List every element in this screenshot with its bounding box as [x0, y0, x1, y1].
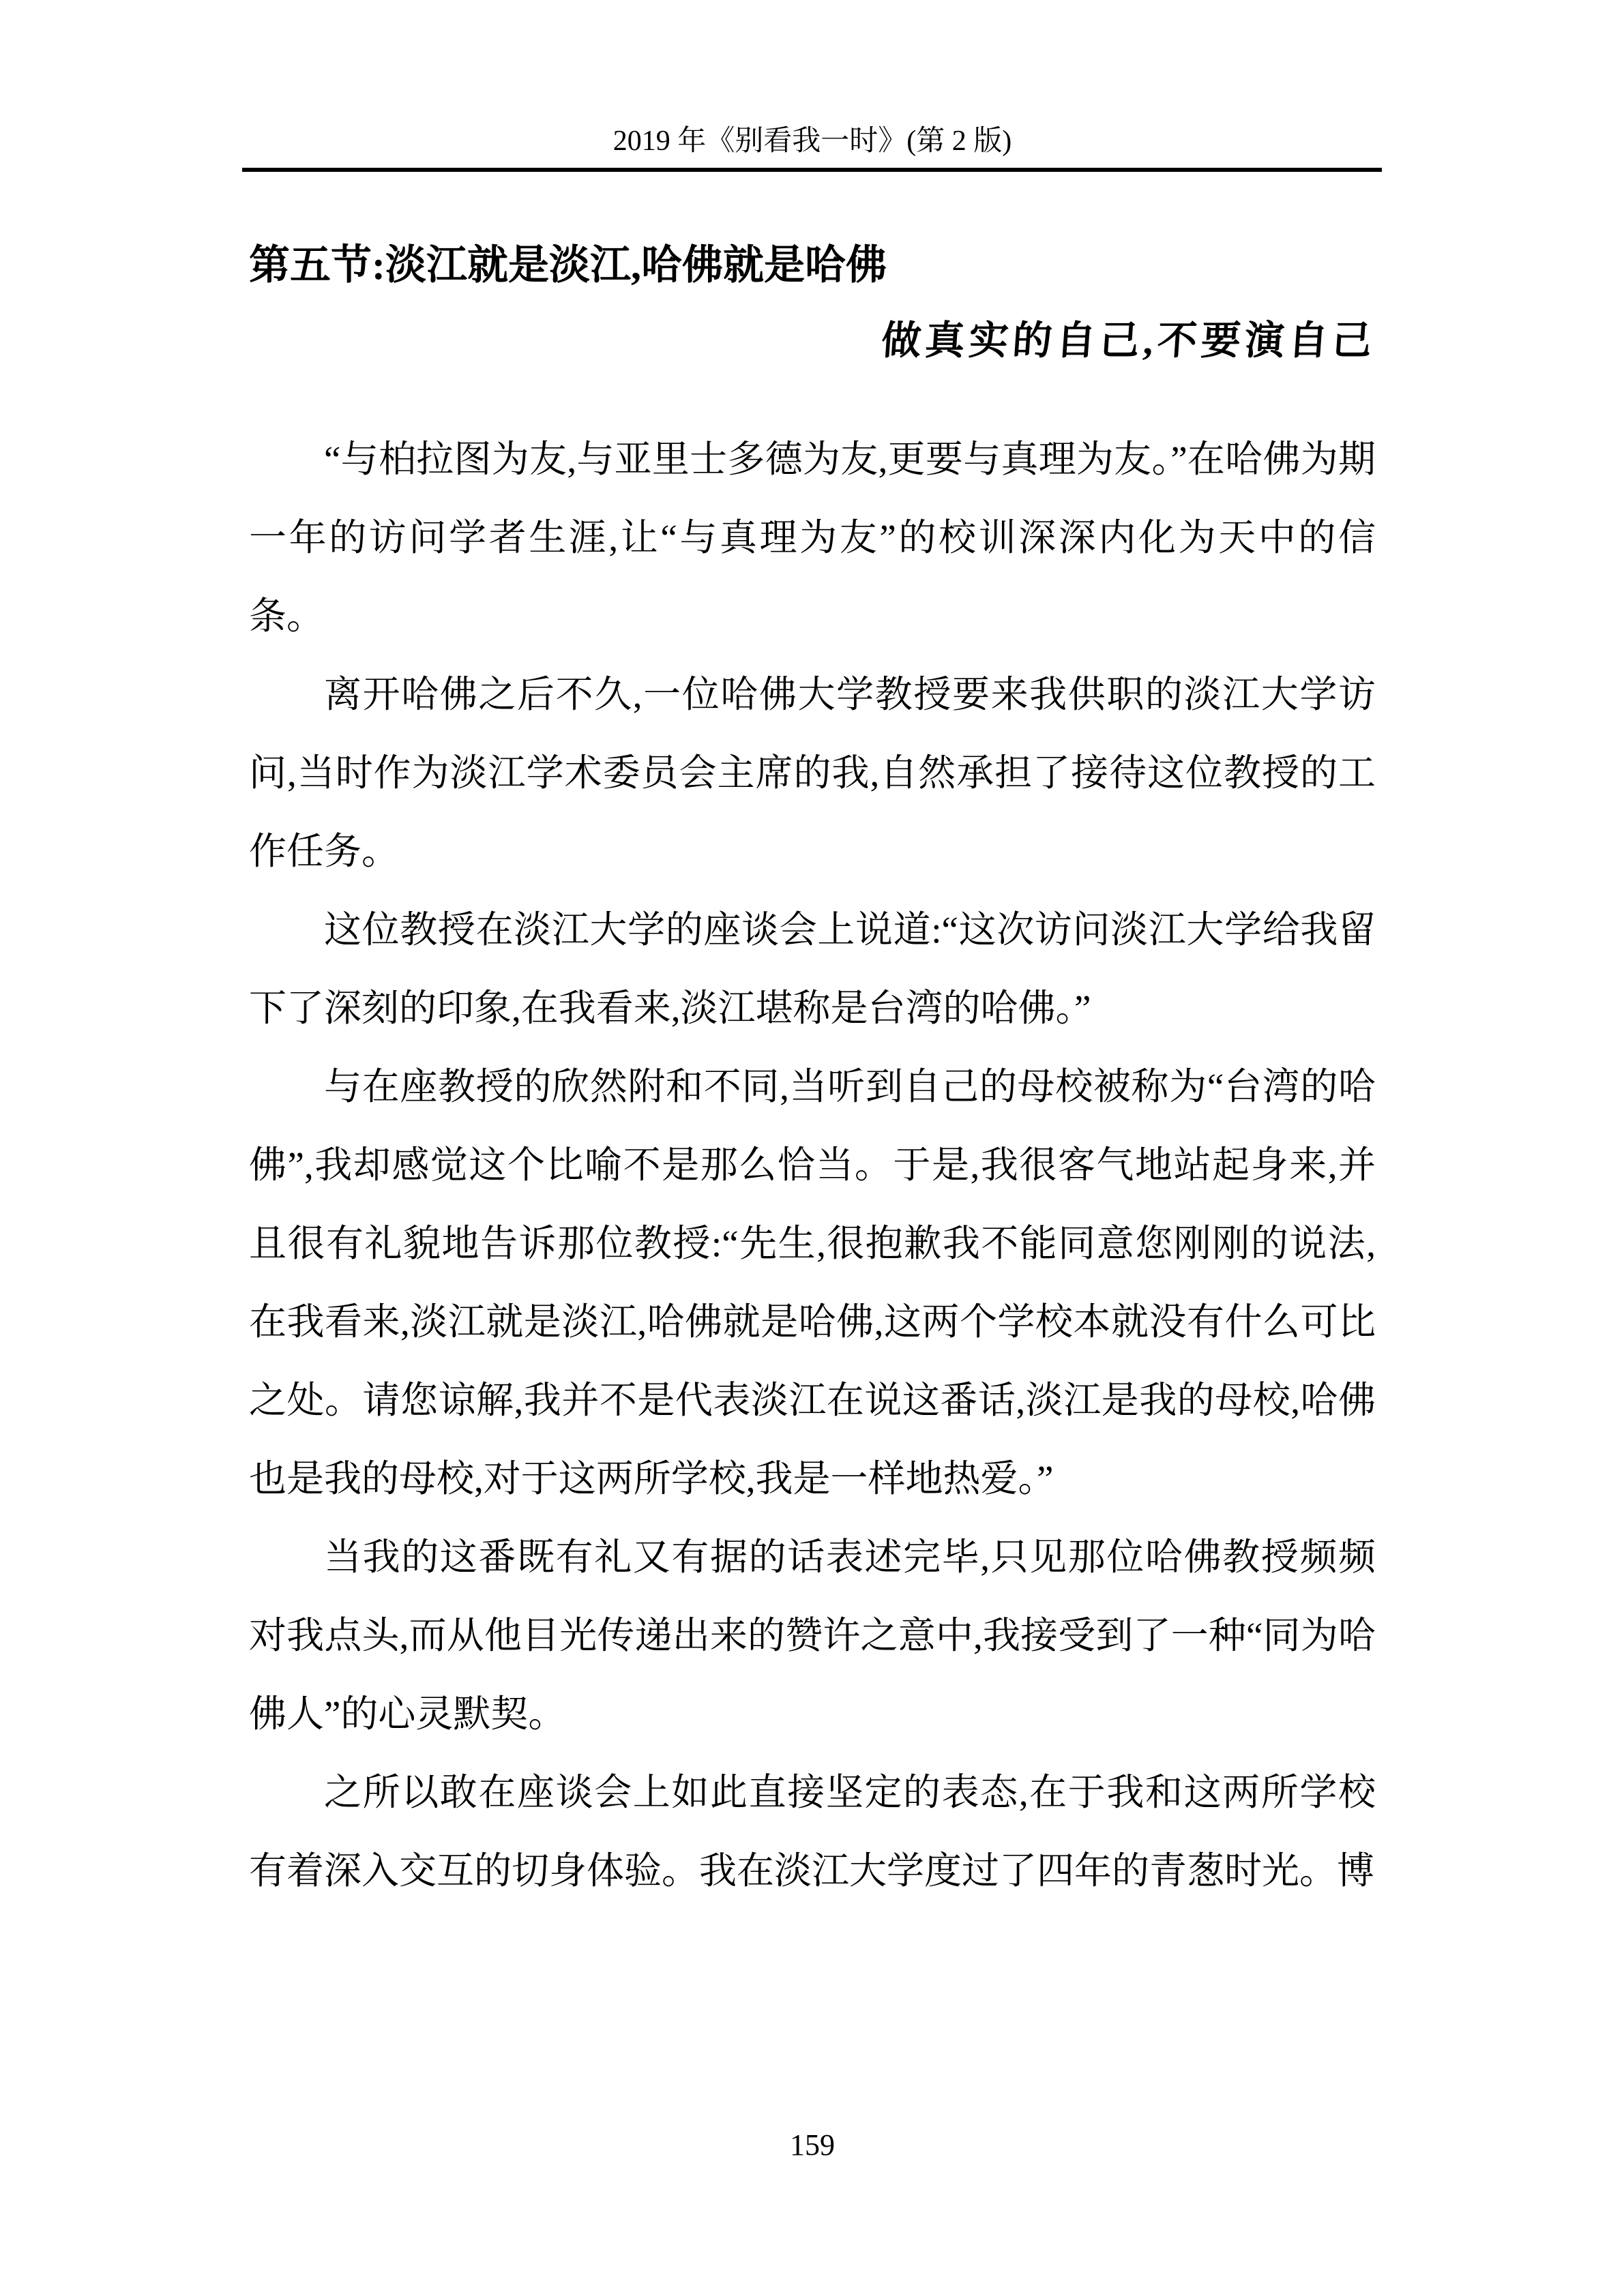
running-header: 2019 年《别看我一时》(第 2 版) — [249, 123, 1376, 160]
body-text-column: “与柏拉图为友,与亚里士多德为友,更要与真理为友。”在哈佛为期一年的访问学者生涯… — [249, 420, 1376, 1910]
paragraph: 离开哈佛之后不久,一位哈佛大学教授要来我供职的淡江大学访问,当时作为淡江学术委员… — [249, 655, 1376, 891]
header-divider-rule — [242, 168, 1382, 172]
paragraph: 当我的这番既有礼又有据的话表述完毕,只见那位哈佛教授频频对我点头,而从他目光传递… — [249, 1518, 1376, 1753]
paragraph: 这位教授在淡江大学的座谈会上说道:“这次访问淡江大学给我留下了深刻的印象,在我看… — [249, 891, 1376, 1047]
paragraph: 与在座教授的欣然附和不同,当听到自己的母校被称为“台湾的哈佛”,我却感觉这个比喻… — [249, 1047, 1376, 1518]
page-number: 159 — [249, 2126, 1376, 2164]
paragraph: 之所以敢在座谈会上如此直接坚定的表态,在于我和这两所学校有着深入交互的切身体验。… — [249, 1753, 1376, 1910]
section-title: 第五节:淡江就是淡江,哈佛就是哈佛 — [249, 233, 1376, 297]
paragraph: “与柏拉图为友,与亚里士多德为友,更要与真理为友。”在哈佛为期一年的访问学者生涯… — [249, 420, 1376, 655]
epigraph-quote: 做真实的自己,不要演自己 — [247, 308, 1378, 374]
book-page: 2019 年《别看我一时》(第 2 版) 第五节:淡江就是淡江,哈佛就是哈佛 做… — [0, 0, 1624, 2296]
